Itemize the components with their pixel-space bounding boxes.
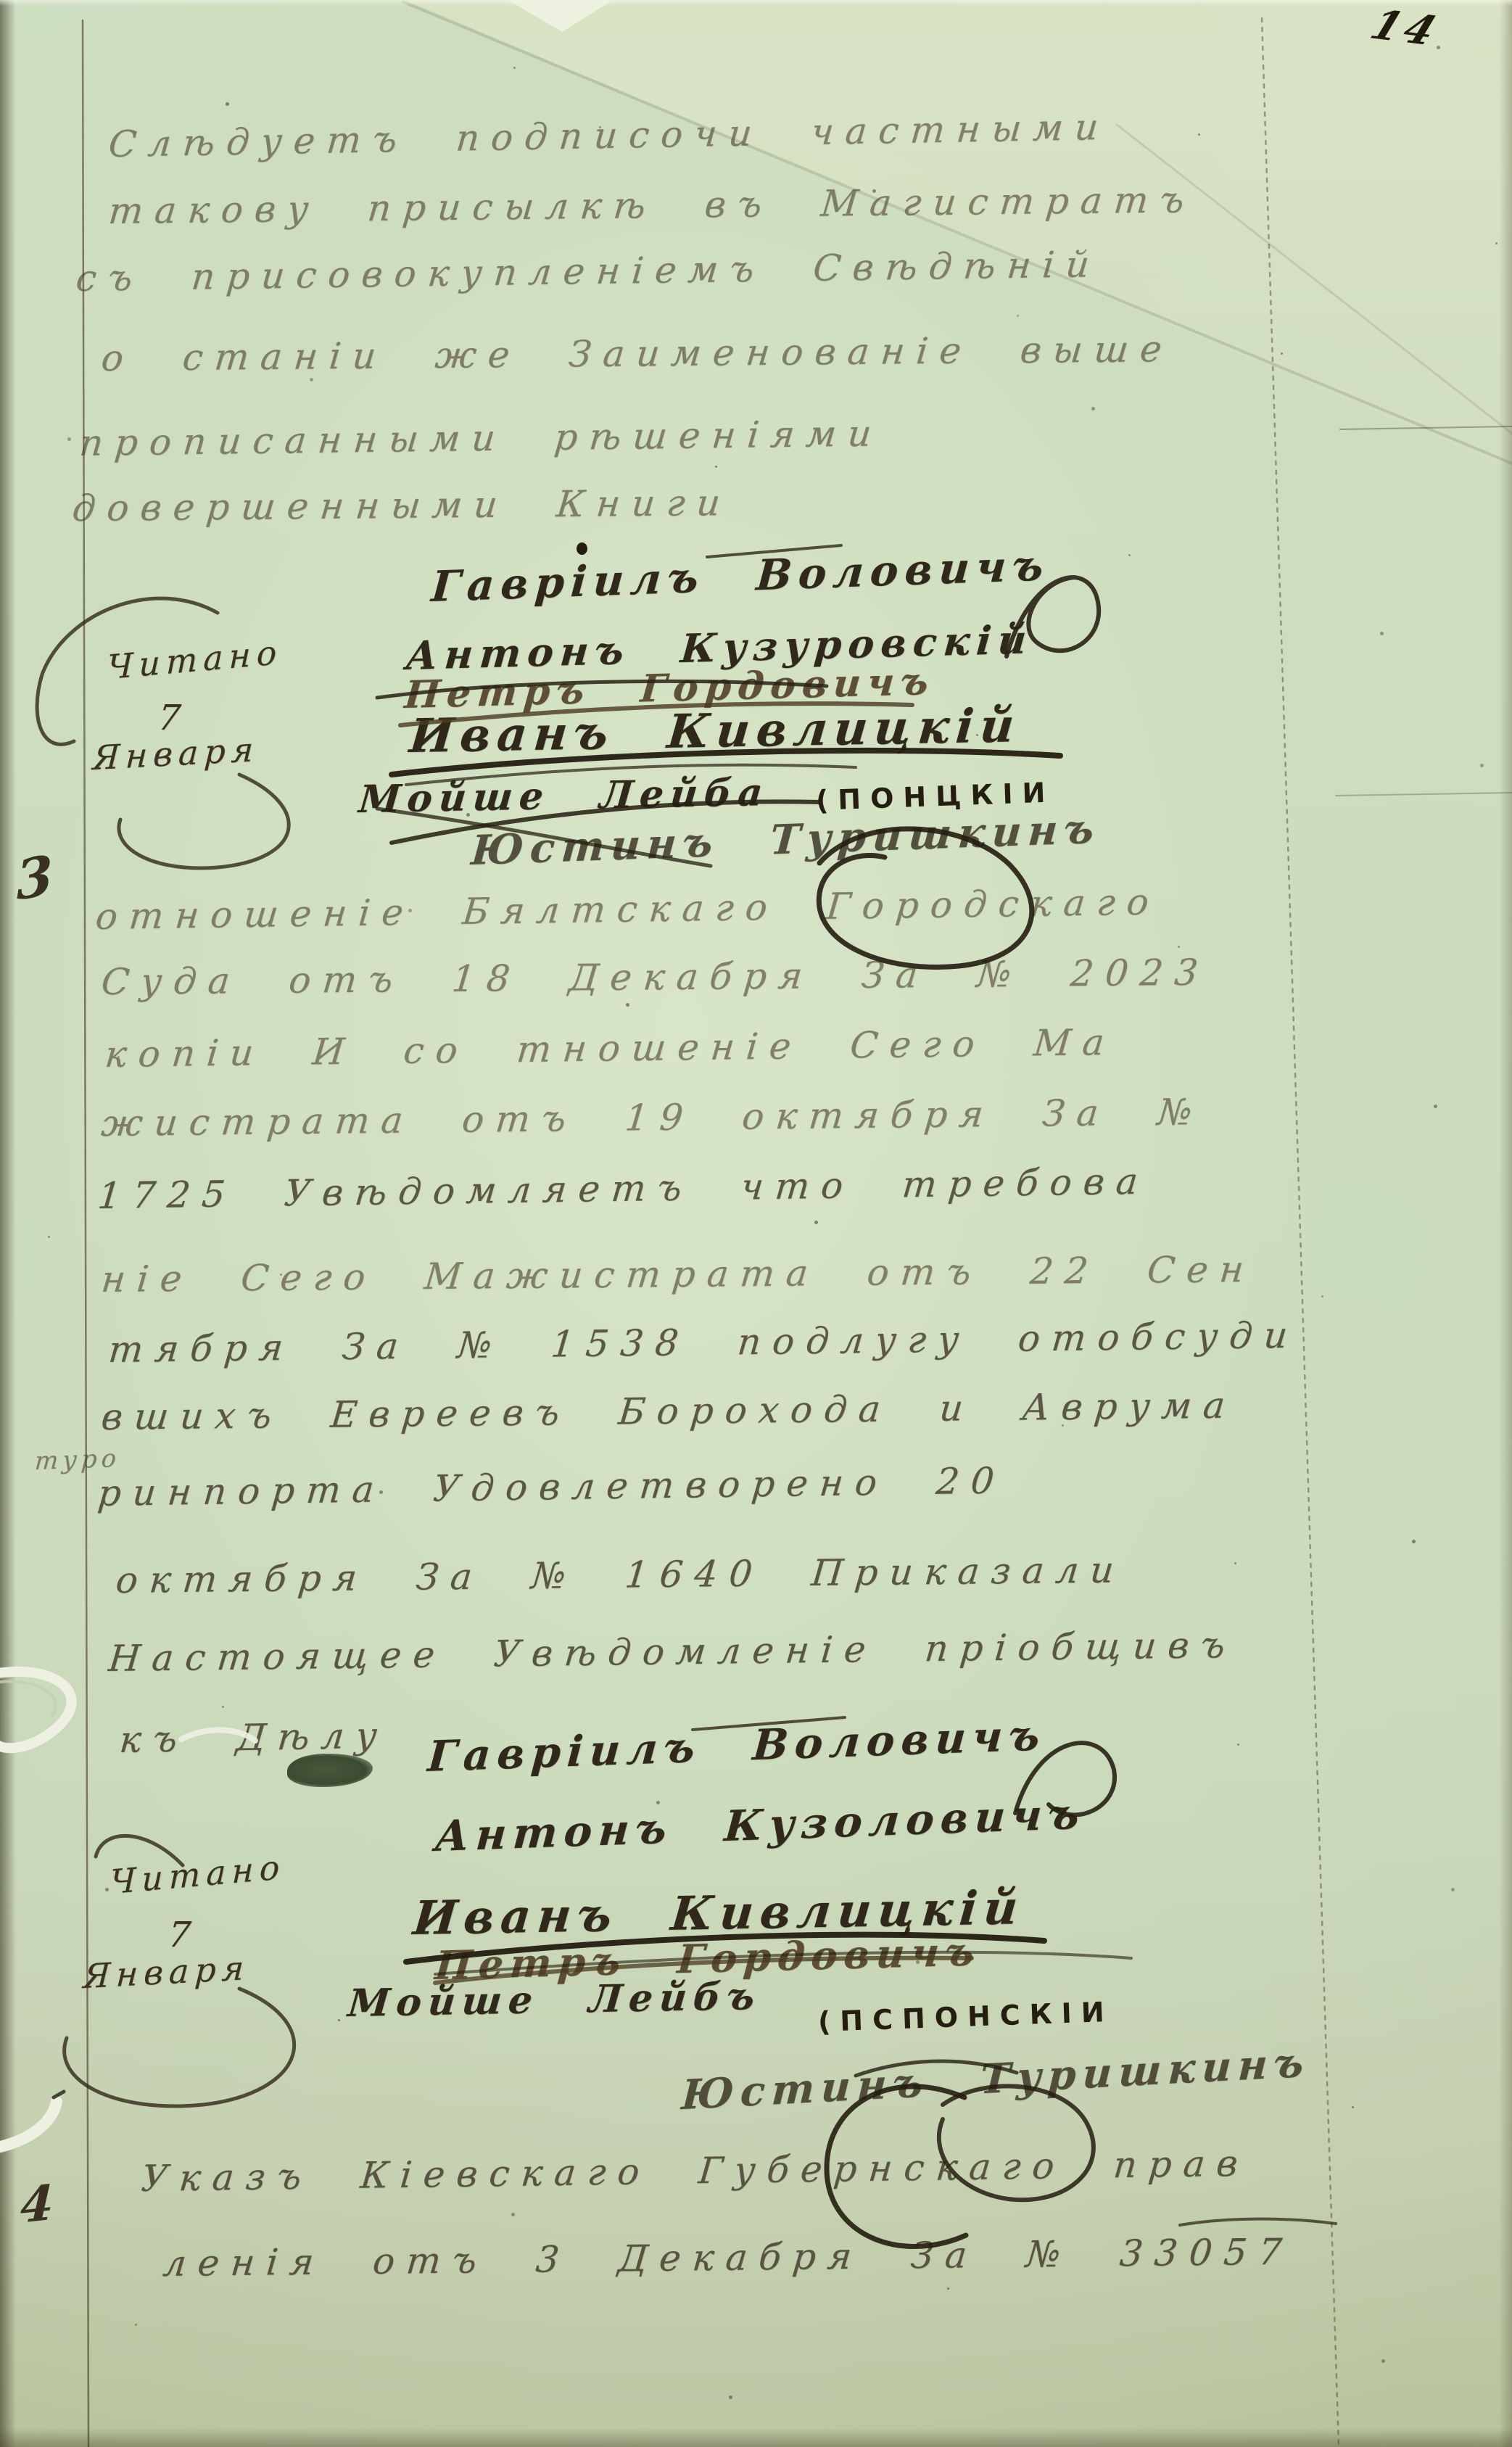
ink-blot	[577, 542, 587, 555]
page-edge-top	[0, 0, 1512, 6]
manuscript-line: къ Дѣлу	[117, 1714, 390, 1761]
margin-side-note: туро	[34, 1444, 122, 1476]
signature-line: Иванъ Кивлицкій	[408, 698, 1023, 764]
binding-gutter-shadow	[0, 0, 16, 2447]
entry-number: 3	[15, 843, 54, 913]
manuscript-line: довершенными Книги	[70, 482, 733, 529]
entry-number: 4	[20, 2174, 54, 2235]
margin-note-day: 7	[156, 698, 194, 738]
manuscript-page-scan: 14 Слѣдуетъ подписочи частными такову пр…	[0, 0, 1512, 2447]
margin-note-day: 7	[166, 1915, 204, 1955]
paper-speckles	[0, 0, 2, 2]
signature-line: Мойше Лейбъ	[346, 1974, 763, 2026]
page-edge-bottom	[0, 2428, 1512, 2447]
page-edge-right	[1499, 0, 1512, 2447]
signature-line: Мойше Лейба	[357, 770, 771, 822]
